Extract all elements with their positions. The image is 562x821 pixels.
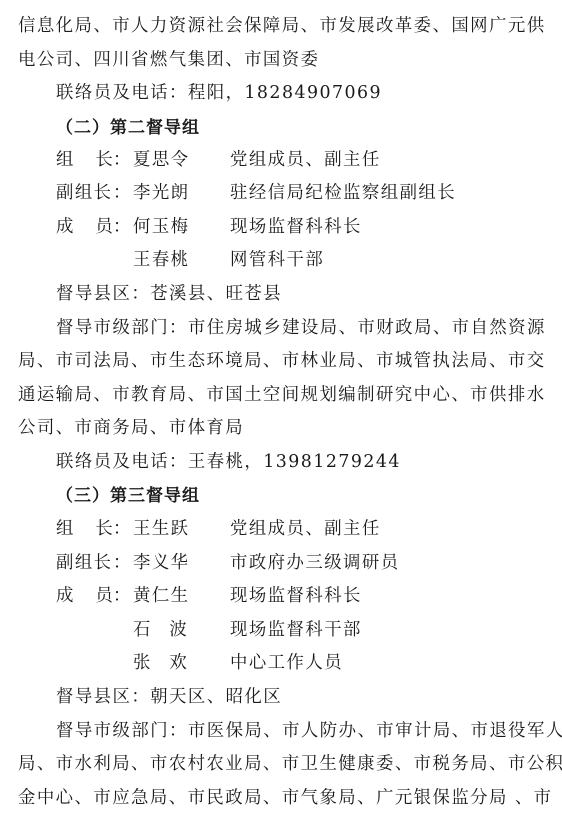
- leader-row: 组长 ： 王生跃 党组成员、副主任: [56, 512, 546, 546]
- deputy-name: 李光朗: [133, 176, 190, 210]
- departments-line: 金中心、市应急局、市民政局、市气象局、广元银保监分局 、市: [18, 781, 548, 815]
- leader-role: 党组成员、副主任: [230, 143, 381, 177]
- colon: ：: [113, 210, 130, 244]
- counties-line: 督导县区：朝天区、昭化区: [56, 680, 562, 714]
- member-row: 成员 ： 黄仁生 现场监督科科长: [56, 579, 546, 613]
- member-role: 现场监督科科长: [230, 210, 362, 244]
- member-role: 现场监督科科长: [230, 579, 362, 613]
- departments-line: 局、市司法局、市生态环境局、市林业局、市城管执法局、市交: [18, 344, 548, 378]
- colon: ：: [113, 143, 130, 177]
- member-row: 张欢 中心工作人员: [56, 646, 546, 680]
- member-role: 中心工作人员: [230, 646, 343, 680]
- contact-line: 联络员及电话：王春桃，13981279244: [56, 445, 562, 479]
- colon: ：: [113, 579, 130, 613]
- member-name: 黄仁生: [133, 579, 190, 613]
- member-name: 王春桃: [133, 243, 190, 277]
- leader-role: 党组成员、副主任: [230, 512, 381, 546]
- departments-line: 公司、市商务局、市体育局: [18, 411, 548, 445]
- paragraph-line: 信息化局、市人力资源社会保障局、市发展改革委、国网广元供: [18, 9, 548, 43]
- departments-line: 督导市级部门：市医保局、市人防办、市审计局、市退役军人: [56, 714, 562, 748]
- counties-line: 督导县区：苍溪县、旺苍县: [56, 277, 562, 311]
- contact-line: 联络员及电话：程阳，18284907069: [56, 76, 562, 110]
- deputy-name: 李义华: [133, 546, 190, 580]
- member-name: 张欢: [133, 646, 206, 680]
- deputy-row: 副组长 ： 李光朗 驻经信局纪检监察组副组长: [56, 176, 546, 210]
- deputy-row: 副组长 ： 李义华 市政府办三级调研员: [56, 546, 546, 580]
- leader-name: 王生跃: [133, 512, 190, 546]
- colon: ：: [113, 176, 130, 210]
- section-heading: （二）第二督导组: [56, 111, 562, 145]
- leader-name: 夏思令: [133, 143, 190, 177]
- departments-line: 督导市级部门：市住房城乡建设局、市财政局、市自然资源: [56, 311, 562, 345]
- departments-line: 局、市水利局、市农村农业局、市卫生健康委、市税务局、市公积: [18, 747, 548, 781]
- section-heading: （三）第三督导组: [56, 479, 562, 513]
- member-name: 何玉梅: [133, 210, 190, 244]
- member-row: 石波 现场监督科干部: [56, 613, 546, 647]
- document-page: 信息化局、市人力资源社会保障局、市发展改革委、国网广元供 电公司、四川省燃气集团…: [0, 0, 562, 821]
- deputy-role: 驻经信局纪检监察组副组长: [230, 176, 456, 210]
- member-row: 成员 ： 何玉梅 现场监督科科长: [56, 210, 546, 244]
- member-name: 石波: [133, 613, 206, 647]
- departments-line: 通运输局、市教育局、市国土空间规划编制研究中心、市供排水: [18, 378, 548, 412]
- colon: ：: [113, 546, 130, 580]
- deputy-role: 市政府办三级调研员: [230, 546, 400, 580]
- member-role: 网管科干部: [230, 243, 324, 277]
- colon: ：: [113, 512, 130, 546]
- member-row: 王春桃 网管科干部: [56, 243, 546, 277]
- leader-row: 组长 ： 夏思令 党组成员、副主任: [56, 143, 546, 177]
- member-role: 现场监督科干部: [230, 613, 362, 647]
- paragraph-line: 电公司、四川省燃气集团、市国资委: [18, 43, 548, 77]
